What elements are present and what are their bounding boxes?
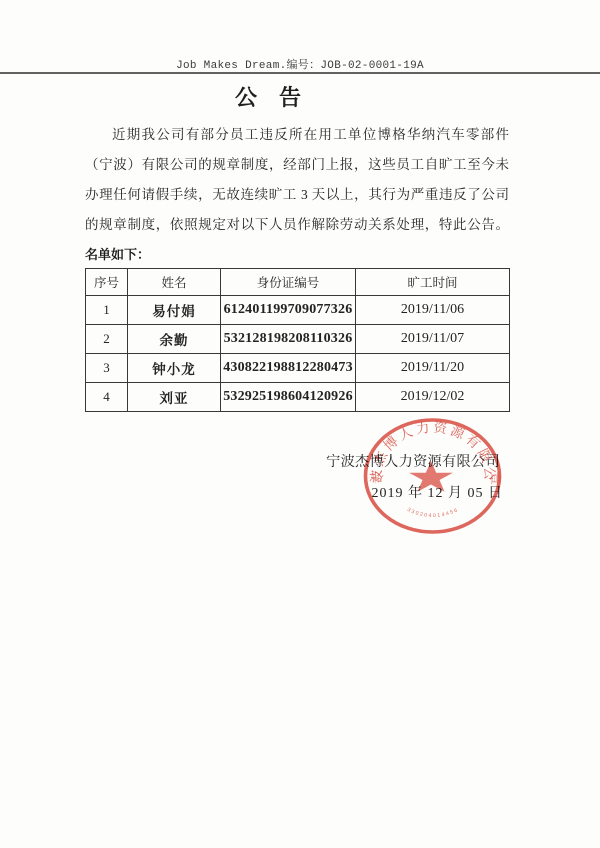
announcement-document-page: Job Makes Dream.编号：JOB-02-0001-19A 公 告 近… <box>0 0 600 848</box>
paragraph-line: 的规章制度，依照规定对以下人员作解除劳动关系处理，特此公告。 <box>85 210 509 240</box>
company-seal-stamp: 宁波杰博人力资源有限公司 专 章 330204014456 <box>358 414 508 538</box>
cell-absence-date: 2019/11/07 <box>356 325 510 354</box>
cell-index: 1 <box>86 296 128 325</box>
cell-index: 3 <box>86 354 128 383</box>
paragraph-line: 办理任何请假手续，无故连续旷工 3 天以上，其行为严重违反了公司 <box>85 180 509 210</box>
document-code-header: Job Makes Dream.编号：JOB-02-0001-19A <box>0 56 600 72</box>
signature-date: 2019 年 12 月 05 日 <box>372 482 504 502</box>
seal-serial-number: 330204014456 <box>406 507 460 519</box>
paragraph-line: 近期我公司有部分员工违反所在用工单位博格华纳汽车零部件 <box>85 120 509 150</box>
cell-absence-date: 2019/11/06 <box>356 296 510 325</box>
announcement-body-paragraph: 近期我公司有部分员工违反所在用工单位博格华纳汽车零部件 （宁波）有限公司的规章制… <box>85 120 509 240</box>
cell-name: 刘亚 <box>128 383 221 412</box>
cell-id-number: 430822198812280473 <box>221 354 356 383</box>
dismissed-employees-table: 序号 姓名 身份证编号 旷工时间 1 易付娟 61240119970907732… <box>85 268 510 412</box>
column-header-index: 序号 <box>86 269 128 296</box>
seal-arc-text: 宁波杰博人力资源有限公司 <box>358 414 497 483</box>
cell-index: 4 <box>86 383 128 412</box>
column-header-name: 姓名 <box>128 269 221 296</box>
cell-name: 钟小龙 <box>128 354 221 383</box>
column-header-absence-date: 旷工时间 <box>356 269 510 296</box>
list-label: 名单如下： <box>85 244 150 263</box>
cell-absence-date: 2019/11/20 <box>356 354 510 383</box>
table-row: 2 余勤 532128198208110326 2019/11/07 <box>86 325 510 354</box>
table-row: 1 易付娟 612401199709077326 2019/11/06 <box>86 296 510 325</box>
signature-company-name: 宁波杰博人力资源有限公司 <box>326 451 500 471</box>
cell-id-number: 612401199709077326 <box>221 296 356 325</box>
header-divider-line <box>0 72 600 74</box>
table-header-row: 序号 姓名 身份证编号 旷工时间 <box>86 269 510 296</box>
table-row: 4 刘亚 532925198604120926 2019/12/02 <box>86 383 510 412</box>
cell-absence-date: 2019/12/02 <box>356 383 510 412</box>
cell-name: 易付娟 <box>128 296 221 325</box>
cell-index: 2 <box>86 325 128 354</box>
paragraph-line: （宁波）有限公司的规章制度，经部门上报，这些员工自旷工至今未 <box>85 150 509 180</box>
column-header-id-number: 身份证编号 <box>221 269 356 296</box>
table-row: 3 钟小龙 430822198812280473 2019/11/20 <box>86 354 510 383</box>
cell-id-number: 532925198604120926 <box>221 383 356 412</box>
seal-ring <box>366 420 500 532</box>
cell-name: 余勤 <box>128 325 221 354</box>
cell-id-number: 532128198208110326 <box>221 325 356 354</box>
page-title: 公 告 <box>56 81 480 112</box>
